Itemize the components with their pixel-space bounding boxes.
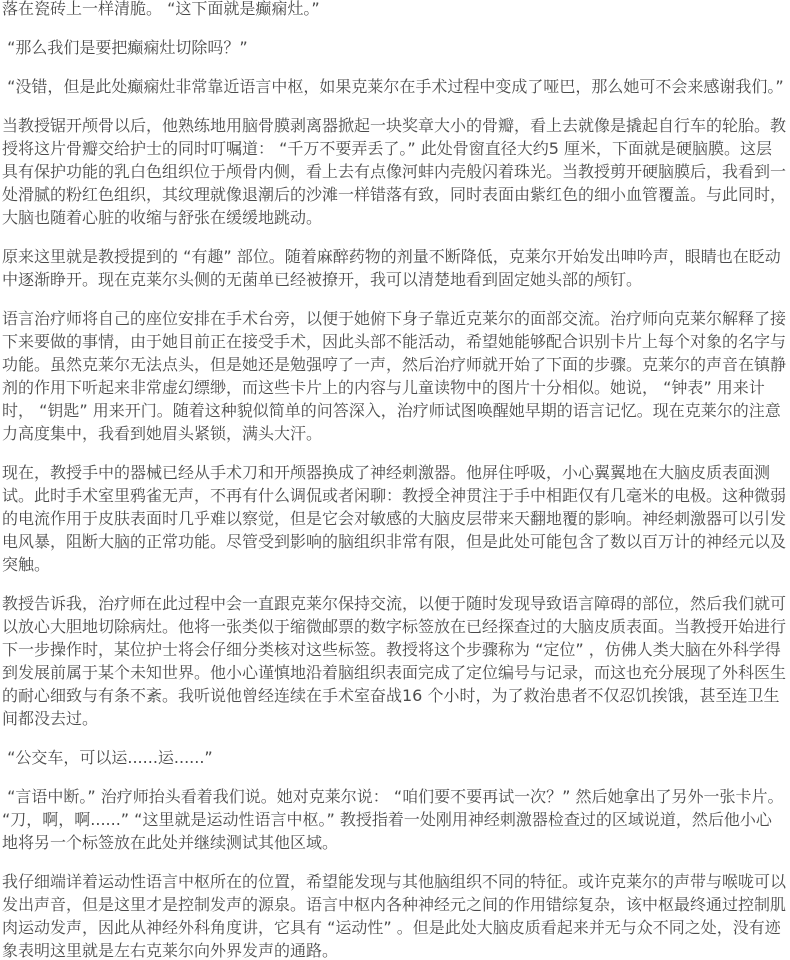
paragraph: 原来这里就是教授提到的 “有趣” 部位。随着麻醉药物的剂量不断降低，克莱尔开始发… (2, 245, 786, 291)
paragraph: 我仔细端详着运动性语言中枢所在的位置，希望能发现与其他脑组织不同的特征。或许克莱… (2, 870, 786, 960)
text-content: 落在瓷砖上一样清脆。 “这下面就是癫痫灶。” “那么我们是要把癫痫灶切除吗？” … (2, 0, 786, 960)
paragraph: “公交车，可以运......运......” (2, 746, 786, 769)
paragraph: “没错，但是此处癫痫灶非常靠近语言中枢，如果克莱尔在手术过程中变成了哑巴，那么她… (2, 75, 786, 98)
paragraph: 现在，教授手中的器械已经从手术刀和开颅器换成了神经刺激器。他屏住呼吸，小心翼翼地… (2, 461, 786, 576)
paragraph: “那么我们是要把癫痫灶切除吗？” (2, 36, 786, 59)
document-page: 落在瓷砖上一样清脆。 “这下面就是癫痫灶。” “那么我们是要把癫痫灶切除吗？” … (0, 0, 790, 960)
paragraph: 教授告诉我，治疗师在此过程中会一直跟克莱尔保持交流，以便于随时发现导致语言障碍的… (2, 592, 786, 730)
paragraph: 当教授锯开颅骨以后，他熟练地用脑骨膜剥离器掀起一块奖章大小的骨瓣，看上去就像是撬… (2, 114, 786, 229)
paragraph: “言语中断。” 治疗师抬头看着我们说。她对克莱尔说： “咱们要不要再试一次？” … (2, 785, 786, 854)
paragraph: 语言治疗师将自己的座位安排在手术台旁，以便于她俯下身子靠近克莱尔的面部交流。治疗… (2, 307, 786, 445)
paragraph: 落在瓷砖上一样清脆。 “这下面就是癫痫灶。” (2, 0, 786, 20)
